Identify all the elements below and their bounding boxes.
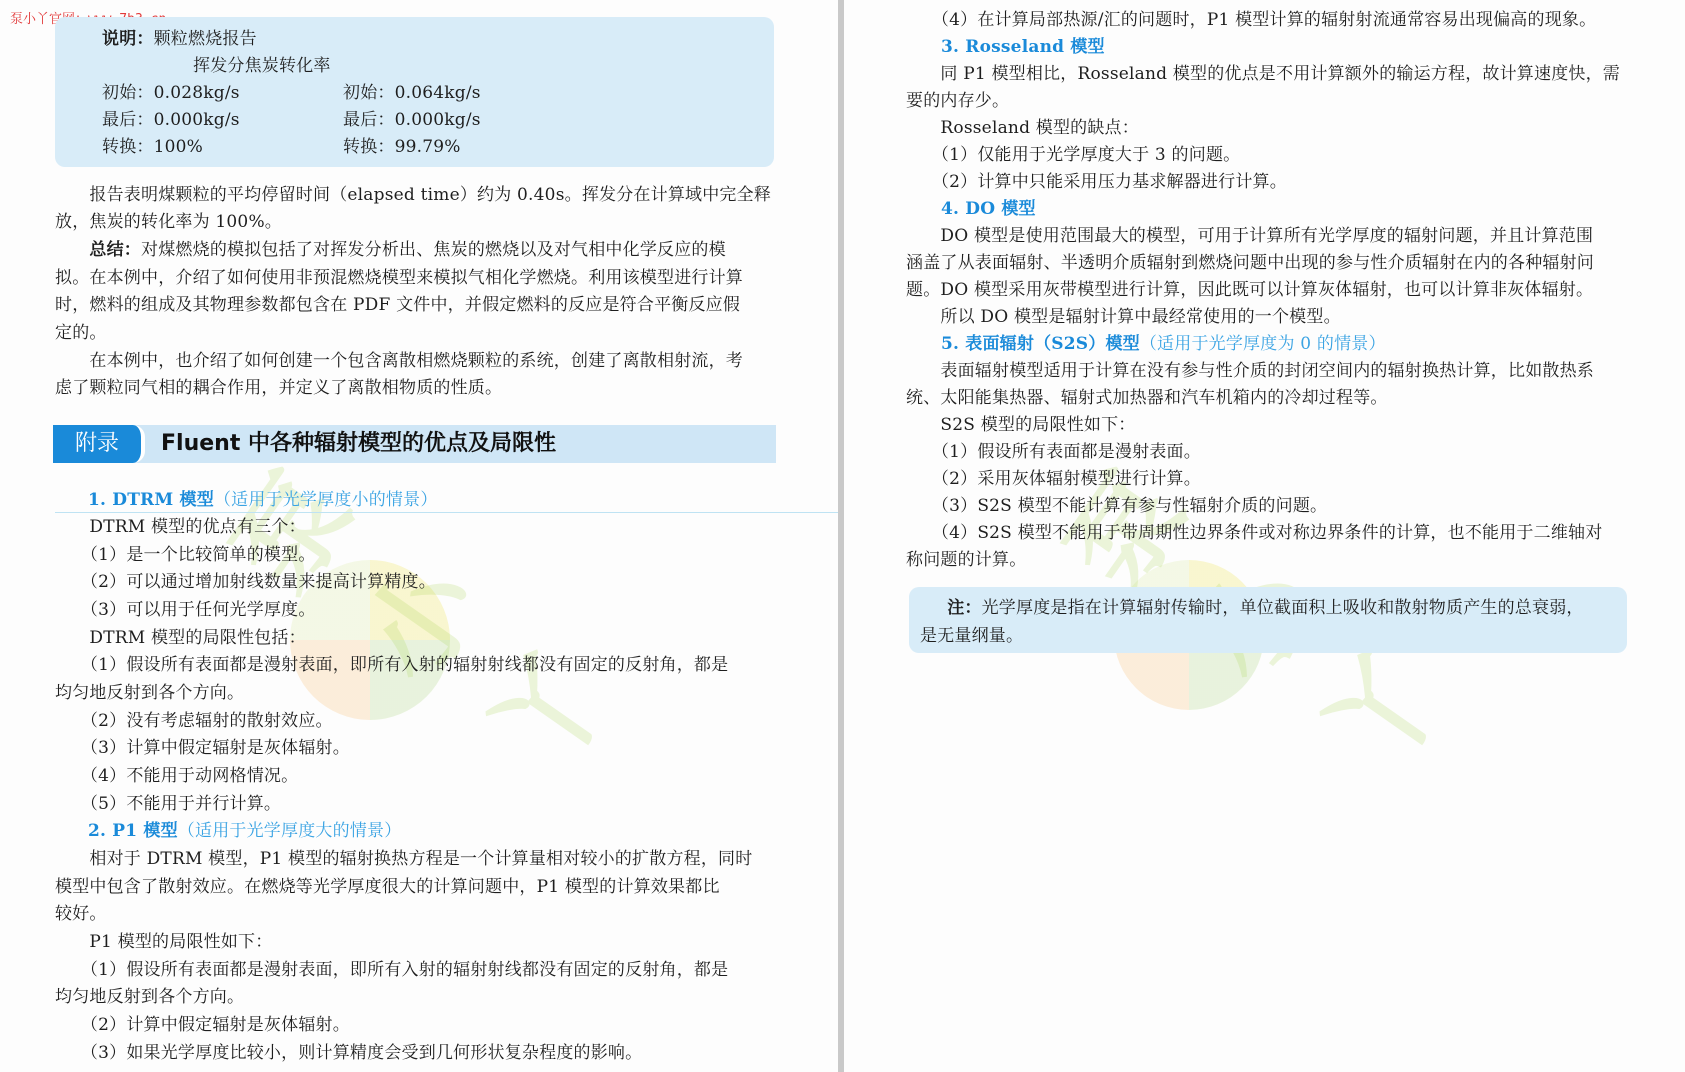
list-line: 涵盖了从表面辐射、半透明介质辐射到燃烧问题中出现的参与性介质辐射在内的各种辐射问 <box>906 252 1594 274</box>
list-line: P1 模型的局限性如下： <box>55 931 272 953</box>
left-page: 泵小丫 说明：颗粒燃烧报告 挥发分焦炭转化率 初始：0.028kg/s 初始：0… <box>0 0 838 1072</box>
list-line: （3）如果光学厚度比较小，则计算精度会受到几何形状复杂程度的影响。 <box>55 1042 642 1064</box>
list-line: （1）假设所有表面都是漫射表面，即所有入射的辐射射线都没有固定的反射角，都是 <box>55 654 728 676</box>
list-line: （5）不能用于并行计算。 <box>55 793 281 815</box>
summary-line: 拟。在本例中，介绍了如何使用非预混燃烧模型来模拟气相化学燃烧。利用该模型进行计算 <box>55 267 743 289</box>
section-rule <box>55 512 838 513</box>
list-line: 同 P1 模型相比，Rosseland 模型的优点是不用计算额外的输运方程，故计… <box>906 63 1620 85</box>
note-line: 注：光学厚度是指在计算辐射传输时，单位截面积上吸收和散射物质产生的总衰弱， <box>930 597 1584 619</box>
list-line: （3）计算中假定辐射是灰体辐射。 <box>55 737 350 759</box>
list-line: （2）没有考虑辐射的散射效应。 <box>55 710 333 732</box>
appendix-title: Fluent 中各种辐射模型的优点及局限性 <box>161 425 556 463</box>
list-line: 较好。 <box>55 903 107 925</box>
list-line: （3）S2S 模型不能计算有参与性辐射介质的问题。 <box>906 495 1327 517</box>
summary-line: 总结：对煤燃烧的模拟包括了对挥发分析出、焦炭的燃烧以及对气相中化学反应的模 <box>55 239 726 261</box>
paragraph-line: 报告表明煤颗粒的平均停留时间（elapsed time）约为 0.40s。挥发分… <box>55 184 771 206</box>
list-line: 表面辐射模型适用于计算在没有参与性介质的封闭空间内的辐射换热计算，比如散热系 <box>906 360 1594 382</box>
report-row-right: 最后：0.000kg/s <box>343 109 481 131</box>
list-line: （4）在计算局部热源/汇的问题时，P1 模型计算的辐射射流通常容易出现偏高的现象… <box>906 9 1596 31</box>
list-line: （3）可以用于任何光学厚度。 <box>55 599 316 621</box>
list-line: Rosseland 模型的缺点： <box>906 117 1139 139</box>
list-line: （1）是一个比较简单的模型。 <box>55 544 316 566</box>
list-line: （1）假设所有表面都是漫射表面，即所有入射的辐射射线都没有固定的反射角，都是 <box>55 959 728 981</box>
summary-line: 在本例中，也介绍了如何创建一个包含离散相燃烧颗粒的系统，创建了离散相射流，考 <box>55 350 743 372</box>
summary-line: 定的。 <box>55 322 107 344</box>
list-line: （1）仅能用于光学厚度大于 3 的问题。 <box>906 144 1240 166</box>
list-line: 所以 DO 模型是辐射计算中最经常使用的一个模型。 <box>906 306 1341 328</box>
report-row-right: 转换：99.79% <box>343 136 461 158</box>
report-row-left: 初始：0.028kg/s <box>102 82 240 104</box>
list-line: （2）计算中只能采用压力基求解器进行计算。 <box>906 171 1287 193</box>
section-heading-p1: 2. P1 模型（适用于光学厚度大的情景） <box>88 820 401 842</box>
summary-line: 时，燃料的组成及其物理参数都包含在 PDF 文件中，并假定燃料的反应是符合平衡反… <box>55 294 740 316</box>
report-caption: 说明：颗粒燃烧报告 <box>102 28 257 50</box>
note-line: 是无量纲量。 <box>920 625 1023 647</box>
list-line: （2）采用灰体辐射模型进行计算。 <box>906 468 1201 490</box>
report-subtitle: 挥发分焦炭转化率 <box>193 55 331 77</box>
report-row-left: 转换：100% <box>102 136 203 158</box>
list-line: 题。DO 模型采用灰带模型进行计算，因此既可以计算灰体辐射，也可以计算非灰体辐射… <box>906 279 1593 301</box>
list-line: 模型中包含了散射效应。在燃烧等光学厚度很大的计算问题中，P1 模型的计算效果都比 <box>55 876 720 898</box>
summary-line: 虑了颗粒同气相的耦合作用，并定义了离散相物质的性质。 <box>55 377 502 399</box>
list-line: DTRM 模型的优点有三个： <box>55 516 306 538</box>
list-line: （2）可以通过增加射线数量来提高计算精度。 <box>55 571 436 593</box>
list-line: （2）计算中假定辐射是灰体辐射。 <box>55 1014 350 1036</box>
right-page: 泵小丫 （4）在计算局部热源/汇的问题时，P1 模型计算的辐射射流通常容易出现偏… <box>844 0 1685 1072</box>
report-row-right: 初始：0.064kg/s <box>343 82 481 104</box>
paragraph-line: 放，焦炭的转化率为 100%。 <box>55 211 282 233</box>
list-line: 称问题的计算。 <box>906 549 1026 571</box>
appendix-banner: 附录 Fluent 中各种辐射模型的优点及局限性 <box>53 425 776 463</box>
appendix-tag: 附录 <box>53 425 145 463</box>
list-line: 统、太阳能集热器、辐射式加热器和汽车机箱内的冷却过程等。 <box>906 387 1388 409</box>
list-line: （4）不能用于动网格情况。 <box>55 765 298 787</box>
section-heading-dtrm: 1. DTRM 模型（适用于光学厚度小的情景） <box>88 489 438 511</box>
list-line: 要的内存少。 <box>906 90 1009 112</box>
report-row-left: 最后：0.000kg/s <box>102 109 240 131</box>
list-line: 均匀地反射到各个方向。 <box>55 986 244 1008</box>
list-line: S2S 模型的局限性如下： <box>906 414 1136 436</box>
list-line: 均匀地反射到各个方向。 <box>55 682 244 704</box>
section-heading-s2s: 5. 表面辐射（S2S）模型（适用于光学厚度为 0 的情景） <box>941 333 1386 355</box>
list-line: （1）假设所有表面都是漫射表面。 <box>906 441 1201 463</box>
list-line: （4）S2S 模型不能用于带周期性边界条件或对称边界条件的计算，也不能用于二维轴… <box>906 522 1602 544</box>
section-heading-rosseland: 3. Rosseland 模型 <box>941 36 1105 58</box>
list-line: 相对于 DTRM 模型，P1 模型的辐射换热方程是一个计算量相对较小的扩散方程，… <box>55 848 752 870</box>
section-heading-do: 4. DO 模型 <box>941 198 1036 220</box>
list-line: DO 模型是使用范围最大的模型，可用于计算所有光学厚度的辐射问题，并且计算范围 <box>906 225 1593 247</box>
list-line: DTRM 模型的局限性包括： <box>55 627 306 649</box>
